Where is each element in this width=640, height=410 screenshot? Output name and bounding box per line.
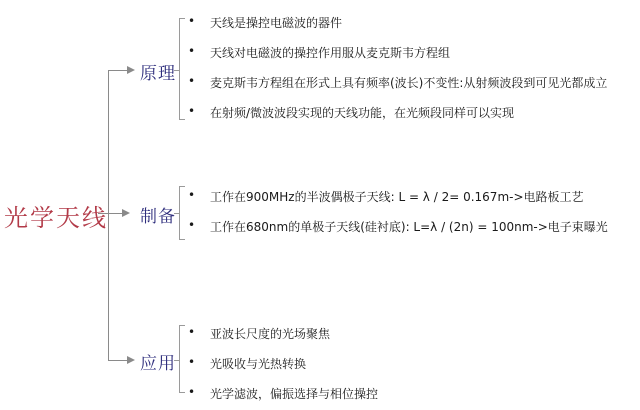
bracket-application	[179, 325, 185, 393]
list-item: 亚波长尺度的光场聚焦	[210, 325, 330, 342]
bullet-icon: •	[188, 188, 195, 202]
branch-principle: 原理	[140, 59, 176, 84]
list-item: 光学滤波，偏振选择与相位操控	[210, 385, 378, 402]
list-item: 天线对电磁波的操控作用服从麦克斯韦方程组	[210, 44, 450, 61]
bullet-icon: •	[188, 44, 195, 58]
list-item: 在射频/微波波段实现的天线功能，在光频段同样可以实现	[210, 104, 514, 121]
trunk-connector	[108, 70, 109, 361]
bullet-icon: •	[188, 385, 195, 399]
list-item: 工作在900MHz的半波偶极子天线: L = λ / 2= 0.167m->电路…	[210, 188, 584, 205]
bracket-fabrication	[179, 186, 185, 240]
bullet-icon: •	[188, 104, 195, 118]
arrow-icon	[127, 66, 135, 74]
bracket-principle	[179, 18, 185, 120]
branch-application: 应用	[140, 349, 176, 374]
root-node: 光学天线	[4, 198, 108, 233]
bullet-icon: •	[188, 218, 195, 232]
branch-fabrication: 制备	[140, 202, 176, 227]
list-item: 麦克斯韦方程组在形式上具有频率(波长)不变性:从射频波段到可见光都成立	[210, 74, 607, 91]
root-connector	[98, 213, 124, 214]
bullet-icon: •	[188, 325, 195, 339]
arrow-icon	[127, 356, 135, 364]
bullet-icon: •	[188, 74, 195, 88]
bullet-icon: •	[188, 14, 195, 28]
list-item: 天线是操控电磁波的器件	[210, 14, 342, 31]
list-item: 工作在680nm的单极子天线(硅衬底): L=λ / (2n) = 100nm-…	[210, 218, 608, 235]
list-item: 光吸收与光热转换	[210, 355, 306, 372]
bullet-icon: •	[188, 355, 195, 369]
arrow-icon	[122, 209, 130, 217]
